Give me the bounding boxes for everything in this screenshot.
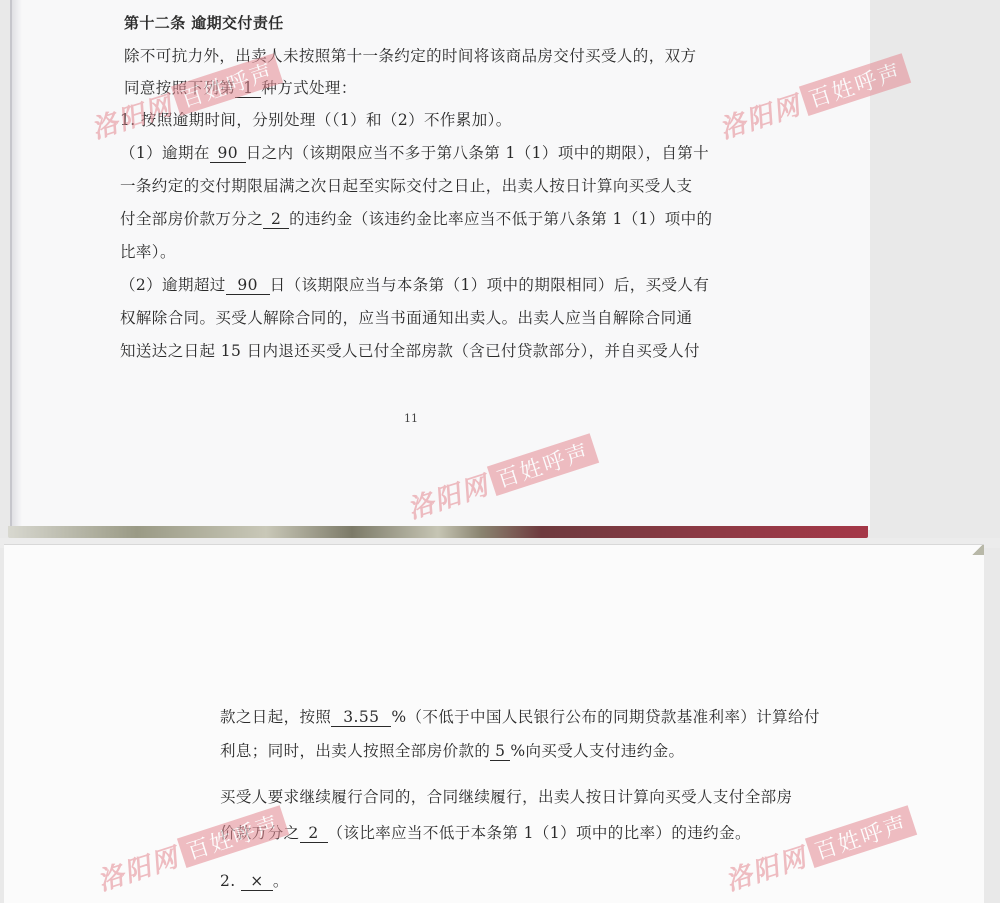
book-spine-edge [8,526,868,538]
clause-heading: 第十二条 逾期交付责任 [124,12,284,33]
filled-blank: 2 [263,211,289,229]
line-text: %（不低于中国人民银行公布的同期贷款基准利率）计算给付 [391,708,820,726]
line-text: 买受人要求继续履行合同的，合同继续履行，出卖人按日计算向买受人支付全部房 [220,788,792,806]
filled-blank: 90 [210,145,246,163]
text-line: 知送达之日起 15 日内退还买受人已付全部房款（含已付贷款部分），并自买受人付 [120,339,700,361]
line-text: （该比率应当不低于本条第 1（1）项中的比率）的违约金。 [328,824,751,842]
line-text: 同意按照下列第 [124,79,235,97]
text-line: 一条约定的交付期限届满之次日起至实际交付之日止，出卖人按日计算向买受人支 [120,174,692,196]
page-edge-shadow [12,0,22,530]
line-text: 一条约定的交付期限届满之次日起至实际交付之日止，出卖人按日计算向买受人支 [120,177,692,195]
text-line: 比率）。 [120,240,176,262]
line-text: 知送达之日起 15 日内退还买受人已付全部房款（含已付贷款部分），并自买受人付 [120,342,700,360]
filled-blank: 5 [490,743,510,761]
filled-blank: 3.55 [331,709,391,727]
filled-blank: 90 [226,277,270,295]
line-text: 日（该期限应当与本条第（1）项中的期限相同）后，买受人有 [270,276,710,294]
text-line: 除不可抗力外，出卖人未按照第十一条约定的时间将该商品房交付买受人的，双方 [124,44,696,66]
line-text: 1. 按照逾期时间，分别处理（（1）和（2）不作累加）。 [120,111,512,129]
text-line: 同意按照下列第1种方式处理： [124,76,357,98]
line-text: 权解除合同。买受人解除合同的，应当书面通知出卖人。出卖人应当自解除合同通 [120,309,692,327]
text-line: 买受人要求继续履行合同的，合同继续履行，出卖人按日计算向买受人支付全部房 [220,785,792,807]
text-line: 款之日起，按照3.55%（不低于中国人民银行公布的同期贷款基准利率）计算给付 [220,705,820,727]
line-text: 的违约金（该违约金比率应当不低于第八条第 1（1）项中的 [289,210,712,228]
line-text: 。 [273,872,289,890]
text-line: 价款万分之2（该比率应当不低于本条第 1（1）项中的比率）的违约金。 [220,821,751,843]
line-text: 款之日起，按照 [220,708,331,726]
line-text: 种方式处理： [261,79,356,97]
text-line: 权解除合同。买受人解除合同的，应当书面通知出卖人。出卖人应当自解除合同通 [120,306,692,328]
line-text: 2. [220,872,241,890]
line-text: 比率）。 [120,243,176,261]
line-text: %向买受人支付违约金。 [510,742,684,760]
line-text: （1）逾期在 [120,144,210,162]
filled-blank: × [241,873,273,891]
text-line: 付全部房价款万分之2的违约金（该违约金比率应当不低于第八条第 1（1）项中的 [120,207,712,229]
page-corner [970,545,984,555]
line-text: 价款万分之 [220,824,300,842]
contract-page-bottom: 款之日起，按照3.55%（不低于中国人民银行公布的同期贷款基准利率）计算给付 利… [4,544,984,903]
line-text: 除不可抗力外，出卖人未按照第十一条约定的时间将该商品房交付买受人的，双方 [124,47,696,65]
filled-blank: 1 [235,80,261,98]
line-text: 付全部房价款万分之 [120,210,263,228]
text-line: （1）逾期在90日之内（该期限应当不多于第八条第 1（1）项中的期限），自第十 [120,141,709,163]
text-line: 2. ×。 [220,869,289,891]
line-text: 日之内（该期限应当不多于第八条第 1（1）项中的期限），自第十 [246,144,709,162]
line-text: 利息；同时，出卖人按照全部房价款的 [220,742,490,760]
text-line: 1. 按照逾期时间，分别处理（（1）和（2）不作累加）。 [120,108,512,130]
filled-blank: 2 [300,825,328,843]
line-text: （2）逾期超过 [120,276,226,294]
page-number: 11 [404,412,418,425]
text-line: （2）逾期超过90日（该期限应当与本条第（1）项中的期限相同）后，买受人有 [120,273,709,295]
contract-page-top: 第十二条 逾期交付责任 除不可抗力外，出卖人未按照第十一条约定的时间将该商品房交… [10,0,870,530]
text-line: 利息；同时，出卖人按照全部房价款的5%向买受人支付违约金。 [220,739,684,761]
